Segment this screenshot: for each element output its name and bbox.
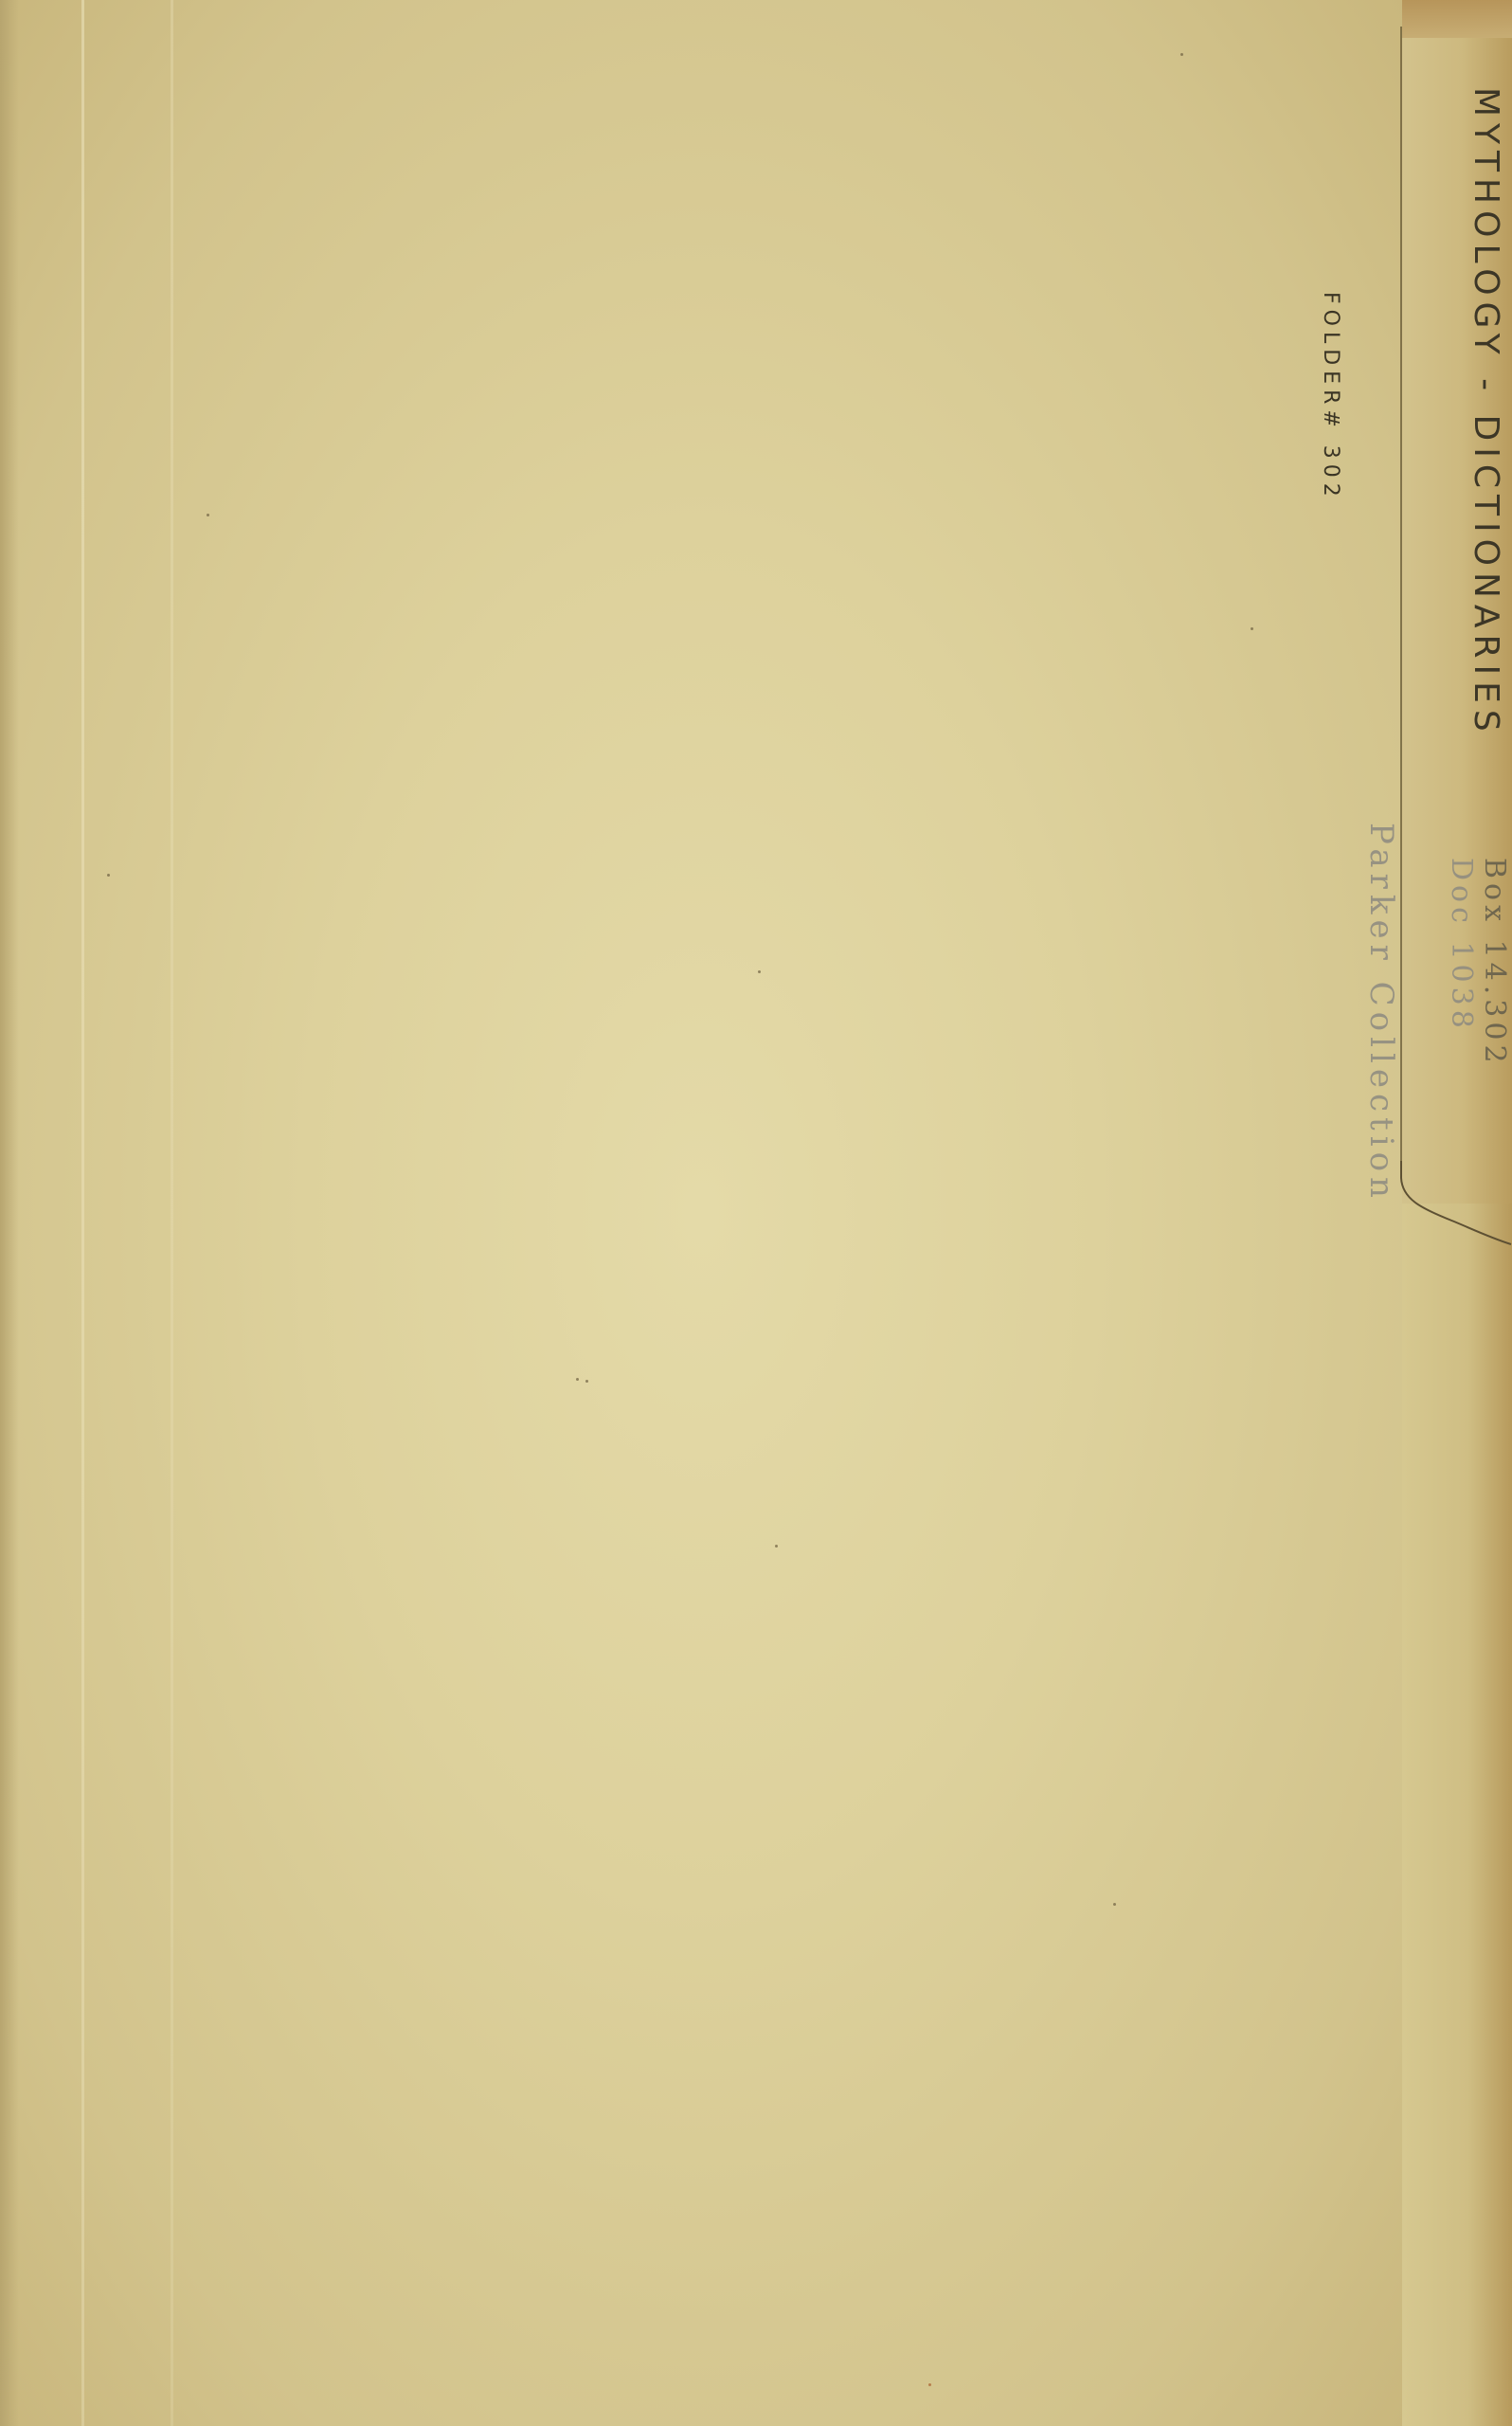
folder-tab-top-shadow — [1393, 0, 1512, 38]
paper-speck — [775, 1545, 778, 1548]
folder-front-panel-lower — [1402, 1204, 1512, 2426]
tab-notch-curve — [1393, 1161, 1512, 1246]
folder-tab-label: MYTHOLOGY - DICTIONARIES — [1467, 87, 1505, 738]
paper-speck — [207, 514, 209, 516]
folder-crease-line — [81, 0, 84, 2426]
paper-speck — [1251, 627, 1253, 630]
paper-speck — [107, 874, 110, 877]
box-number-note: Box 14.302 — [1478, 858, 1511, 1068]
folder-crease-line — [171, 0, 173, 2426]
paper-speck — [928, 2383, 931, 2386]
collection-note: Parker Collection — [1362, 823, 1400, 1204]
doc-number-note: Doc 1038 — [1445, 858, 1478, 1033]
folder-front-panel — [0, 0, 1402, 2426]
paper-speck — [585, 1380, 588, 1383]
paper-speck — [1113, 1903, 1116, 1906]
paper-speck — [1180, 53, 1183, 56]
folder-number-label: FOLDER# 302 — [1319, 292, 1342, 502]
folder-left-edge — [0, 0, 19, 2426]
paper-speck — [758, 970, 761, 973]
tab-cut-edge — [1400, 27, 1402, 1173]
paper-speck — [576, 1378, 579, 1381]
